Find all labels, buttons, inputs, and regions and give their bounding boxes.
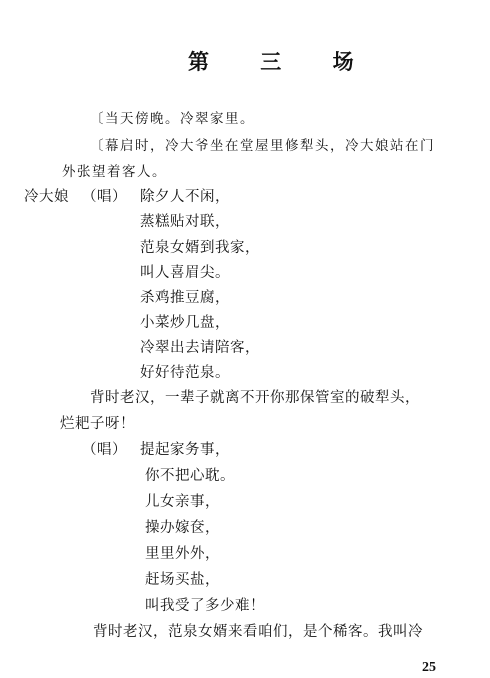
- speech-line: 烂耙子呀！: [60, 415, 135, 433]
- verse-line: 好好待范泉。: [140, 364, 230, 382]
- verse-line: 蒸糕贴对联，: [140, 213, 230, 231]
- scene-title: 第 三 场: [188, 46, 376, 76]
- verse-line: 冷翠出去请陪客，: [140, 339, 260, 357]
- sing-marker: （唱）: [82, 441, 127, 459]
- verse-line: 操办嫁奁，: [145, 519, 220, 537]
- sing-marker: （唱）: [82, 188, 127, 206]
- stage-direction: 〔幕启时，冷大爷坐在堂屋里修犁头，冷大娘站在门: [90, 137, 435, 155]
- verse-line: 叫人喜眉尖。: [140, 264, 230, 282]
- verse-line: 赶场买盐，: [145, 571, 220, 589]
- verse-line: 杀鸡推豆腐，: [140, 289, 230, 307]
- page-number: 25: [422, 660, 436, 676]
- speaker-name: 冷大娘: [24, 188, 69, 206]
- verse-line: 范泉女婿到我家，: [140, 239, 260, 257]
- speech-line: 背时老汉，一辈子就离不开你那保管室的破犁头，: [90, 389, 420, 407]
- verse-line: 提起家务事，: [140, 441, 230, 459]
- stage-direction: 〔当天傍晚。冷翠家里。: [90, 110, 255, 128]
- stage-direction: 外张望着客人。: [62, 163, 167, 181]
- verse-line: 里里外外，: [145, 545, 220, 563]
- verse-line: 你不把心耽。: [145, 467, 235, 485]
- speech-line: 背时老汉，范泉女婿来看咱们，是个稀客。我叫冷: [93, 623, 423, 641]
- verse-line: 儿女亲事，: [145, 493, 220, 511]
- verse-line: 叫我受了多少难！: [145, 597, 265, 615]
- verse-line: 小菜炒几盘，: [140, 314, 230, 332]
- verse-line: 除夕人不闲，: [140, 188, 230, 206]
